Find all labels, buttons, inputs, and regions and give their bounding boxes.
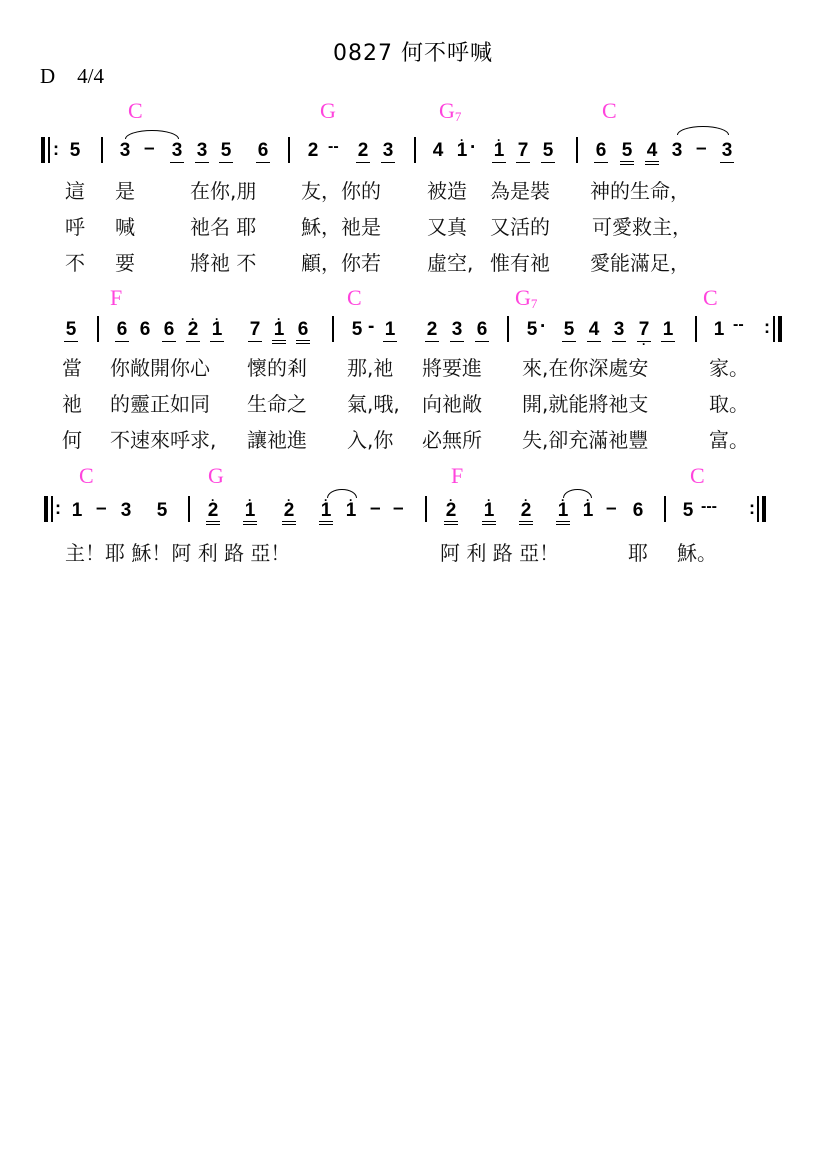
repeat-end-bar <box>757 496 759 522</box>
lyric: 必無所 <box>422 430 482 450</box>
barline <box>507 316 509 342</box>
lyric: 的靈正如同 <box>110 394 210 414</box>
lyric: 喊 <box>115 217 135 237</box>
song-title: 0827 何不呼喊 <box>0 36 826 67</box>
chord-symbol: C <box>79 465 94 487</box>
repeat-end-thick-bar <box>778 316 782 342</box>
lyric: 愛能滿足， <box>590 253 690 273</box>
note: 5 <box>350 320 364 339</box>
dot: · <box>540 317 546 336</box>
note: 5 <box>68 141 82 160</box>
note-high: ·2 <box>282 501 296 525</box>
lyric: 是 <box>115 181 135 201</box>
note-high: ·1 <box>581 501 595 520</box>
barline <box>332 316 334 342</box>
note: 6 <box>162 320 176 342</box>
chord-symbol: G7 <box>439 100 461 123</box>
extension-dash: – <box>370 499 381 518</box>
extension-dash: -- <box>328 139 339 155</box>
lyric: 入,你 <box>347 430 393 450</box>
repeat-dots: : <box>764 318 770 336</box>
repeat-start-thick-bar <box>41 137 45 163</box>
extension-dash: – <box>144 139 155 158</box>
note-high: ·1 <box>243 501 257 525</box>
lyric: 可愛救主， <box>592 217 692 237</box>
note: 5 <box>562 320 576 342</box>
chord-symbol: C <box>347 287 362 309</box>
note: 5 <box>219 141 233 163</box>
note: 3 <box>195 141 209 163</box>
note: 6 <box>594 141 608 163</box>
note: 4 <box>431 141 445 160</box>
note: 1 <box>70 501 84 520</box>
lyric: 當 <box>62 358 82 378</box>
lyric: 氣,哦, <box>347 394 400 414</box>
note: 4 <box>587 320 601 342</box>
lyric: 友，你的 <box>301 181 381 201</box>
repeat-dots: : <box>749 499 755 517</box>
chord-symbol: G <box>208 465 224 487</box>
note: 2 <box>425 320 439 342</box>
lyric: 不速來呼求, <box>110 430 216 450</box>
lyric: 開,就能將祂支 <box>522 394 648 414</box>
lyric: 神的生命， <box>590 181 690 201</box>
lyric: 富。 <box>709 430 749 450</box>
lyric: 又真 <box>427 217 467 237</box>
barline <box>664 496 666 522</box>
chord-symbol: C <box>690 465 705 487</box>
note: 6 <box>296 320 310 344</box>
chord-extension: 7 <box>455 109 462 124</box>
note: 3 <box>118 141 132 160</box>
note: 5 <box>525 320 539 339</box>
barline <box>695 316 697 342</box>
chord-symbol: C <box>128 100 143 122</box>
barline <box>414 137 416 163</box>
lyric: 被造 <box>427 181 467 201</box>
lyric: 在你,朋 <box>190 181 256 201</box>
note: 3 <box>612 320 626 342</box>
chord-symbol: G7 <box>515 287 537 310</box>
note: 3 <box>170 141 184 163</box>
extension-dash: -- <box>733 317 744 333</box>
chord-symbol: C <box>602 100 617 122</box>
lyric: 生命之 <box>247 394 307 414</box>
barline <box>97 316 99 342</box>
lyric: 取。 <box>709 394 749 414</box>
note: 1 <box>661 320 675 342</box>
repeat-end-bar <box>773 316 775 342</box>
note: 3 <box>720 141 734 163</box>
note: 5 <box>681 501 695 520</box>
lyric: 這 <box>65 181 85 201</box>
chord-symbol: F <box>110 287 122 309</box>
note: 6 <box>475 320 489 342</box>
lyric: 那,祂 <box>347 358 393 378</box>
note-high: ·1 <box>482 501 496 525</box>
lyric: 惟有祂 <box>490 253 550 273</box>
dot: · <box>470 138 476 157</box>
barline <box>576 137 578 163</box>
note-high: ·2 <box>444 501 458 525</box>
lyric: 失,卻充滿祂豐 <box>522 430 648 450</box>
note: 5 <box>620 141 634 165</box>
lyric: 呼 <box>65 217 85 237</box>
note: 2 <box>306 141 320 160</box>
key-time-signature: D4/4 <box>40 64 126 89</box>
lyric: 為是裝 <box>490 181 550 201</box>
note: 3 <box>450 320 464 342</box>
barline <box>188 496 190 522</box>
lyric: 耶 <box>628 543 648 563</box>
note-high: ·1 <box>556 501 570 525</box>
lyric: 穌，祂是 <box>301 217 381 237</box>
note: 1 <box>712 320 726 339</box>
lyric: 祂 <box>62 394 82 414</box>
note: 3 <box>381 141 395 163</box>
note-high: ·1 <box>319 501 333 525</box>
note-high: ·2 <box>206 501 220 525</box>
repeat-start-bar <box>51 496 53 522</box>
lyric: 祂名 耶 <box>190 217 256 237</box>
extension-dash: --- <box>701 499 717 515</box>
chord-symbol: G <box>320 100 336 122</box>
lyric: 穌。 <box>677 543 717 563</box>
note-high: ·1 <box>455 141 469 160</box>
lyric: 要 <box>115 253 135 273</box>
chord-symbol: C <box>703 287 718 309</box>
lyric: 虛空, <box>427 253 473 273</box>
note: 2 <box>356 141 370 163</box>
repeat-dots: : <box>55 499 61 517</box>
key-signature: D <box>40 64 55 88</box>
lyric: 懷的剎 <box>247 358 307 378</box>
note: 6 <box>631 501 645 520</box>
lyric: 你敞開你心 <box>110 358 210 378</box>
tie <box>677 126 729 135</box>
note: 6 <box>138 320 152 339</box>
note: 7 <box>516 141 530 163</box>
note: 3 <box>670 141 684 160</box>
extension-dash: – <box>96 499 107 518</box>
lyric: 阿 利 路 亞！ <box>440 543 559 563</box>
note: 3 <box>119 501 133 520</box>
note-low: 7· <box>637 320 651 342</box>
note: 6 <box>256 141 270 163</box>
repeat-start-thick-bar <box>44 496 48 522</box>
repeat-start-bar <box>48 137 50 163</box>
barline <box>101 137 103 163</box>
lyric: 主！耶 穌！阿 利 路 亞！ <box>65 543 290 563</box>
note: 5 <box>541 141 555 163</box>
extension-dash: – <box>696 139 707 158</box>
lyric: 家。 <box>709 358 749 378</box>
note: 6 <box>115 320 129 342</box>
lyric: 顧，你若 <box>301 253 381 273</box>
note: 5 <box>155 501 169 520</box>
note: 5 <box>64 320 78 342</box>
note-high: ·1 <box>210 320 224 342</box>
lyric: 何 <box>62 430 82 450</box>
chord-extension: 7 <box>531 296 538 311</box>
chord-symbol: F <box>451 465 463 487</box>
barline <box>288 137 290 163</box>
note-high: ·1 <box>492 141 506 163</box>
lyric: 將要進 <box>422 358 482 378</box>
repeat-end-thick-bar <box>762 496 766 522</box>
note-high: ·2 <box>519 501 533 525</box>
lyric: 不 <box>65 253 85 273</box>
note-high: ·2 <box>186 320 200 342</box>
lyric: 將祂 不 <box>190 253 256 273</box>
note: 7 <box>248 320 262 342</box>
note-high: ·1 <box>272 320 286 344</box>
lyric: 又活的 <box>490 217 550 237</box>
lyric: 來,在你深處安 <box>522 358 648 378</box>
note: 4 <box>645 141 659 165</box>
extension-dash: – <box>393 499 404 518</box>
repeat-dots: : <box>53 140 59 158</box>
barline <box>425 496 427 522</box>
lyric: 向祂敞 <box>422 394 482 414</box>
extension-dash: – <box>606 499 617 518</box>
note: 1 <box>383 320 397 342</box>
note-high: ·1 <box>344 501 358 520</box>
time-signature: 4/4 <box>77 64 104 88</box>
lyric: 讓祂進 <box>247 430 307 450</box>
extension-dash: - <box>368 317 374 336</box>
